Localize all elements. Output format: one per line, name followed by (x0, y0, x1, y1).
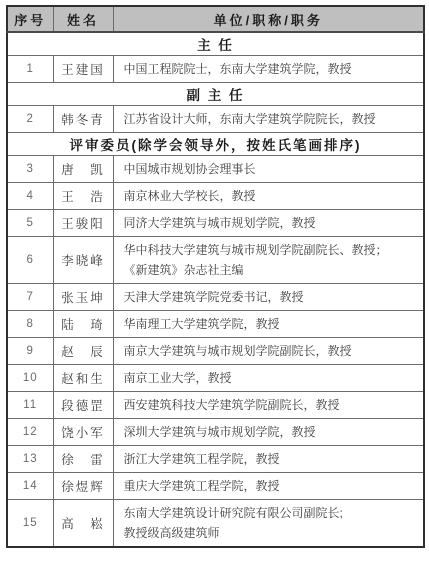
row-number: 3 (7, 155, 53, 182)
row-number: 15 (7, 499, 53, 547)
member-name: 唐 凯 (53, 155, 113, 182)
member-name: 高 崧 (53, 499, 113, 547)
member-unit: 浙江大学建筑工程学院，教授 (113, 445, 424, 472)
table-row: 6 李晓峰 华中科技大学建筑与城市规划学院副院长、教授； 《新建筑》杂志社主编 (7, 236, 424, 283)
member-unit: 南京大学建筑与城市规划学院副院长，教授 (113, 337, 424, 364)
table-row: 8 陆 琦 华南理工大学建筑学院，教授 (7, 310, 424, 337)
member-unit: 中国工程院院士，东南大学建筑学院，教授 (113, 55, 424, 82)
column-header-unit: 单位/职称/职务 (113, 6, 424, 32)
section-title: 副 主 任 (7, 82, 424, 105)
table-row: 5 王骏阳 同济大学建筑与城市规划学院，教授 (7, 209, 424, 236)
table-row: 15 高 崧 东南大学建筑设计研究院有限公司副院长; 教授级高级建筑师 (7, 499, 424, 547)
row-number: 1 (7, 55, 53, 82)
section-title: 主 任 (7, 32, 424, 55)
member-unit: 华南理工大学建筑学院，教授 (113, 310, 424, 337)
table-row: 3 唐 凯 中国城市规划协会理事长 (7, 155, 424, 182)
member-unit: 江苏省设计大师，东南大学建筑学院院长，教授 (113, 105, 424, 132)
row-number: 7 (7, 283, 53, 310)
table-row: 12 饶小军 深圳大学建筑与城市规划学院，教授 (7, 418, 424, 445)
row-number: 13 (7, 445, 53, 472)
table-row: 7 张玉坤 天津大学建筑学院党委书记，教授 (7, 283, 424, 310)
member-name: 徐煜辉 (53, 472, 113, 499)
row-number: 5 (7, 209, 53, 236)
row-number: 6 (7, 236, 53, 283)
row-number: 4 (7, 182, 53, 209)
member-name: 段德罡 (53, 391, 113, 418)
table-row: 9 赵 辰 南京大学建筑与城市规划学院副院长，教授 (7, 337, 424, 364)
member-unit: 西安建筑科技大学建筑学院副院长，教授 (113, 391, 424, 418)
table-row: 14 徐煜辉 重庆大学建筑工程学院，教授 (7, 472, 424, 499)
row-number: 14 (7, 472, 53, 499)
row-number: 10 (7, 364, 53, 391)
row-number: 11 (7, 391, 53, 418)
committee-table: 序号 姓名 单位/职称/职务 主 任 1 王建国 中国工程院院士，东南大学建筑学… (6, 5, 425, 548)
member-name: 赵和生 (53, 364, 113, 391)
member-unit: 同济大学建筑与城市规划学院，教授 (113, 209, 424, 236)
member-unit: 深圳大学建筑与城市规划学院，教授 (113, 418, 424, 445)
table-row: 1 王建国 中国工程院院士，东南大学建筑学院，教授 (7, 55, 424, 82)
member-name: 张玉坤 (53, 283, 113, 310)
section-title: 评审委员(除学会领导外，按姓氏笔画排序) (7, 132, 424, 155)
member-name: 徐 雷 (53, 445, 113, 472)
column-header-no: 序号 (7, 6, 53, 32)
row-number: 9 (7, 337, 53, 364)
member-unit: 华中科技大学建筑与城市规划学院副院长、教授； 《新建筑》杂志社主编 (113, 236, 424, 283)
table-row: 4 王 浩 南京林业大学校长，教授 (7, 182, 424, 209)
member-name: 韩冬青 (53, 105, 113, 132)
table-row: 13 徐 雷 浙江大学建筑工程学院，教授 (7, 445, 424, 472)
table-row: 10 赵和生 南京工业大学，教授 (7, 364, 424, 391)
member-name: 赵 辰 (53, 337, 113, 364)
member-unit: 东南大学建筑设计研究院有限公司副院长; 教授级高级建筑师 (113, 499, 424, 547)
member-unit: 南京林业大学校长，教授 (113, 182, 424, 209)
table-row: 2 韩冬青 江苏省设计大师，东南大学建筑学院院长，教授 (7, 105, 424, 132)
table-row: 11 段德罡 西安建筑科技大学建筑学院副院长，教授 (7, 391, 424, 418)
table-header-row: 序号 姓名 单位/职称/职务 (7, 6, 424, 32)
section-header-row: 主 任 (7, 32, 424, 55)
member-name: 王骏阳 (53, 209, 113, 236)
row-number: 8 (7, 310, 53, 337)
member-name: 陆 琦 (53, 310, 113, 337)
member-unit: 天津大学建筑学院党委书记，教授 (113, 283, 424, 310)
member-name: 王建国 (53, 55, 113, 82)
section-header-row: 评审委员(除学会领导外，按姓氏笔画排序) (7, 132, 424, 155)
row-number: 12 (7, 418, 53, 445)
column-header-name: 姓名 (53, 6, 113, 32)
member-unit: 中国城市规划协会理事长 (113, 155, 424, 182)
page: 序号 姓名 单位/职称/职务 主 任 1 王建国 中国工程院院士，东南大学建筑学… (0, 0, 429, 583)
member-unit: 重庆大学建筑工程学院，教授 (113, 472, 424, 499)
row-number: 2 (7, 105, 53, 132)
member-name: 李晓峰 (53, 236, 113, 283)
member-unit: 南京工业大学，教授 (113, 364, 424, 391)
member-name: 饶小军 (53, 418, 113, 445)
member-name: 王 浩 (53, 182, 113, 209)
section-header-row: 副 主 任 (7, 82, 424, 105)
